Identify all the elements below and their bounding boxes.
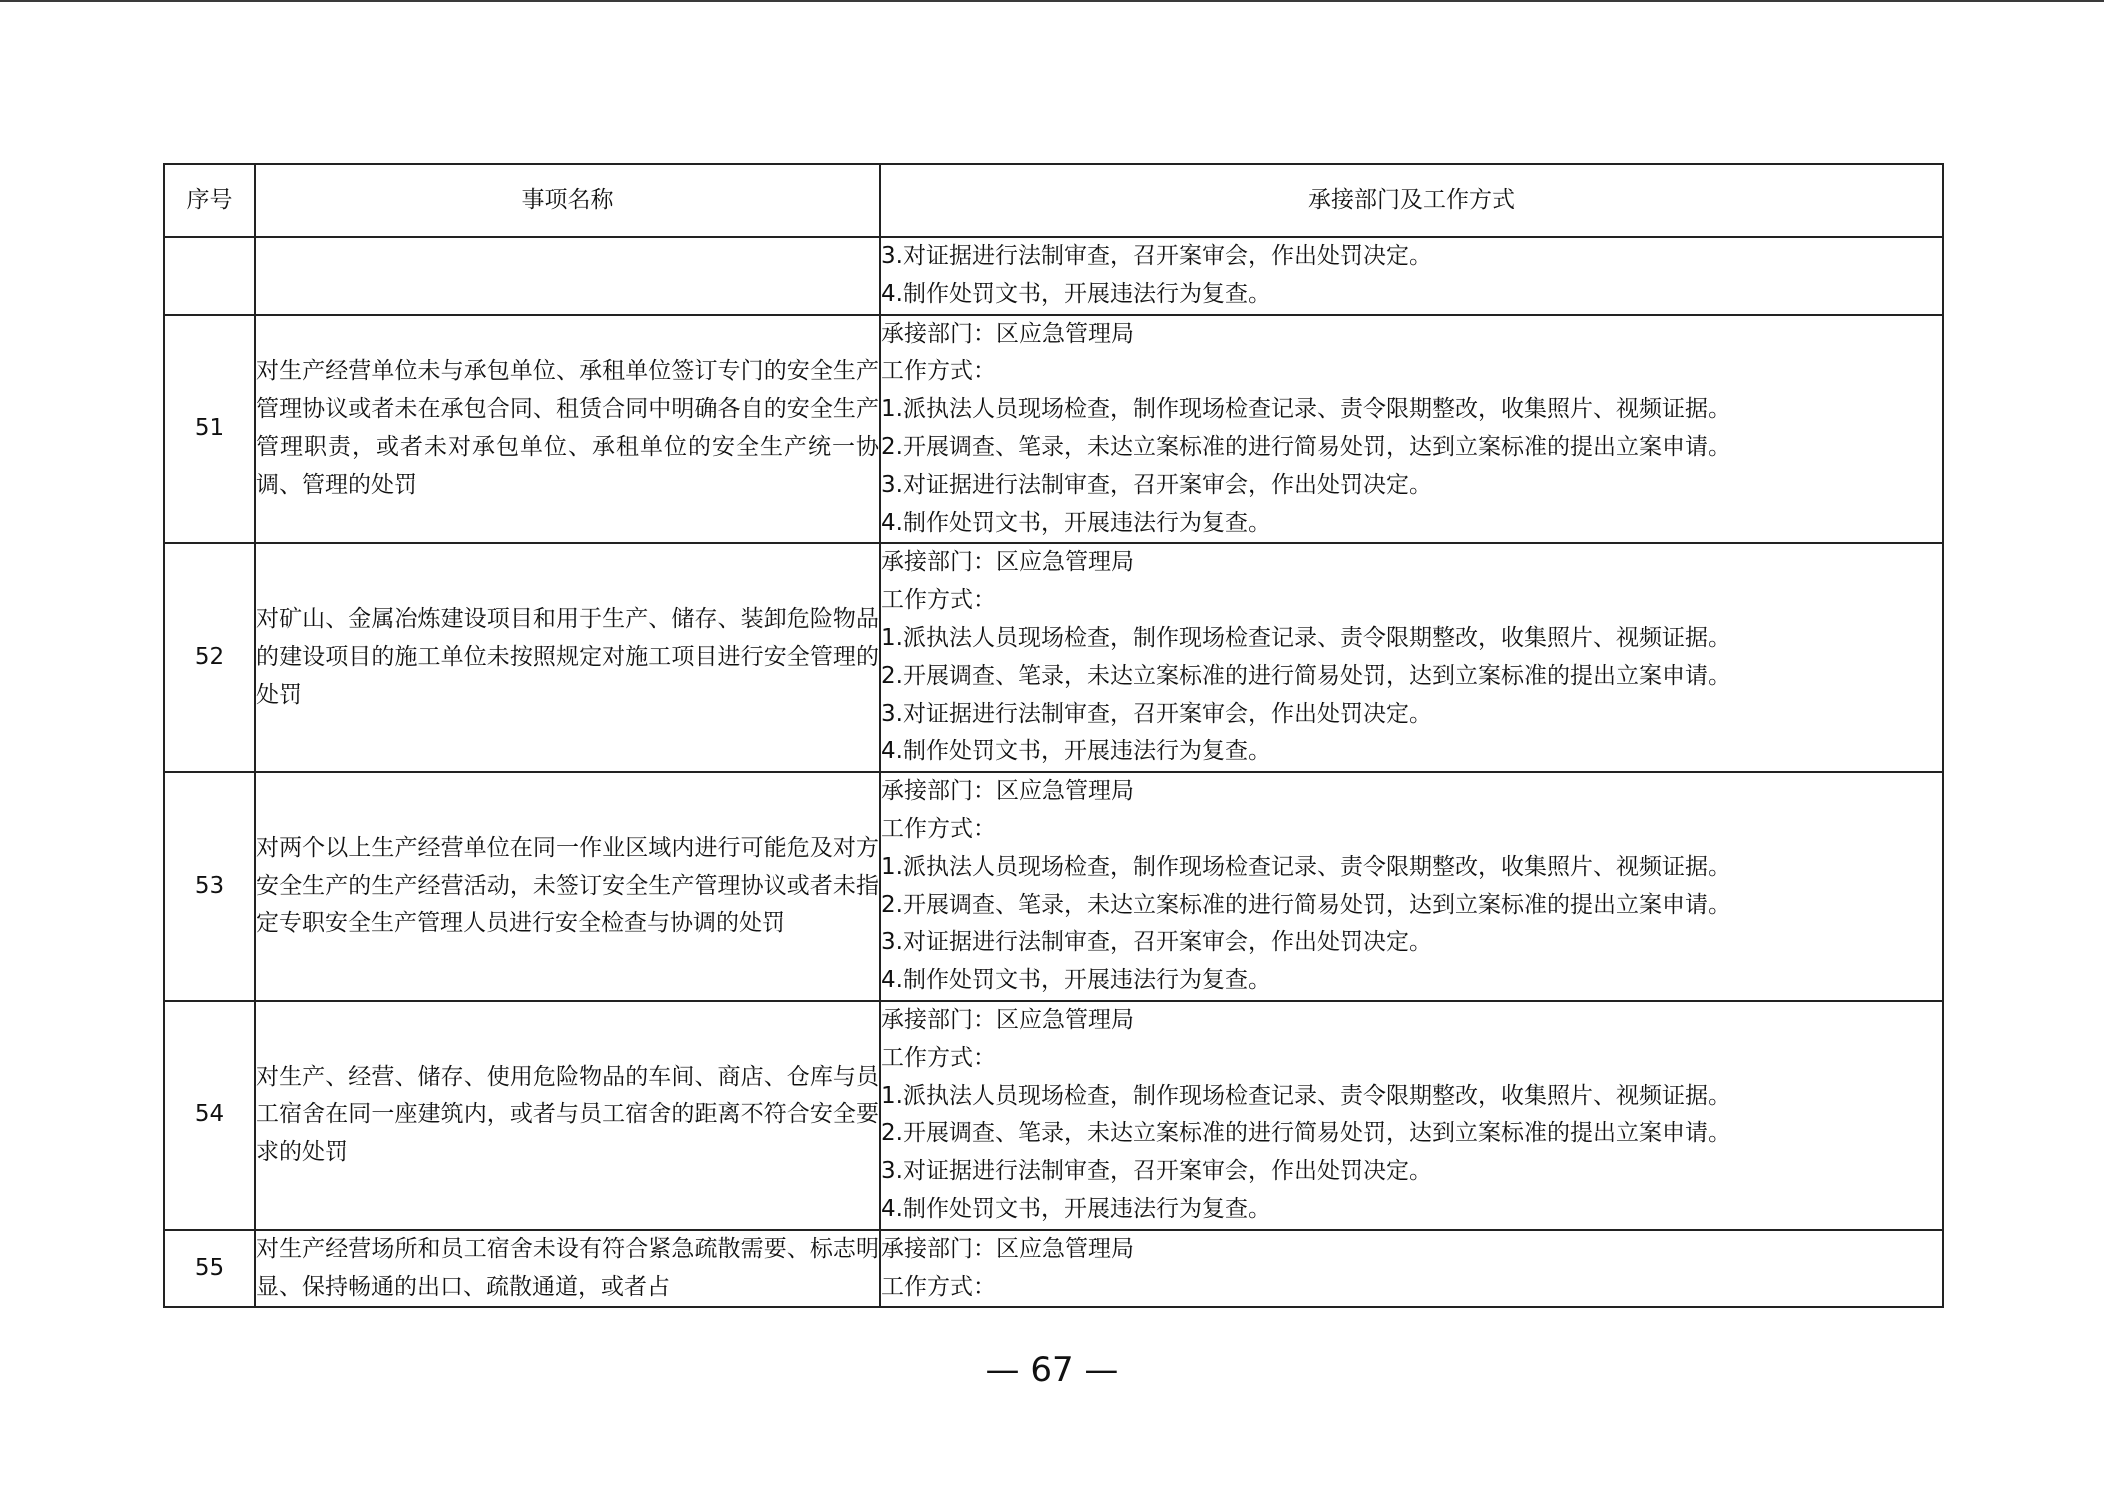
method-step-3: 3.对证据进行法制审查，召开案审会，作出处罚决定。: [881, 467, 1942, 505]
method-label: 工作方式：: [881, 811, 1942, 849]
method-line: 3.对证据进行法制审查，召开案审会，作出处罚决定。: [881, 238, 1942, 276]
method-step-1: 1.派执法人员现场检查，制作现场检查记录、责令限期整改，收集照片、视频证据。: [881, 391, 1942, 429]
page-number: — 67 —: [0, 1350, 2104, 1390]
table-header-row: 序号 事项名称 承接部门及工作方式: [164, 164, 1943, 237]
work-method: 承接部门：区应急管理局 工作方式：: [880, 1230, 1943, 1308]
method-step-1: 1.派执法人员现场检查，制作现场检查记录、责令限期整改，收集照片、视频证据。: [881, 849, 1942, 887]
table-row: 53 对两个以上生产经营单位在同一作业区域内进行可能危及对方安全生产的生产经营活…: [164, 772, 1943, 1001]
department-line: 承接部门：区应急管理局: [881, 773, 1942, 811]
work-method: 承接部门：区应急管理局 工作方式： 1.派执法人员现场检查，制作现场检查记录、责…: [880, 315, 1943, 544]
work-method: 承接部门：区应急管理局 工作方式： 1.派执法人员现场检查，制作现场检查记录、责…: [880, 1001, 1943, 1230]
row-number: 52: [164, 543, 255, 772]
method-label: 工作方式：: [881, 1269, 1942, 1307]
matter-name: 对生产经营场所和员工宿舍未设有符合紧急疏散需要、标志明显、保持畅通的出口、疏散通…: [255, 1230, 880, 1308]
method-step-1: 1.派执法人员现场检查，制作现场检查记录、责令限期整改，收集照片、视频证据。: [881, 1078, 1942, 1116]
method-label: 工作方式：: [881, 582, 1942, 620]
table-row: 51 对生产经营单位未与承包单位、承租单位签订专门的安全生产管理协议或者未在承包…: [164, 315, 1943, 544]
method-step-2: 2.开展调查、笔录，未达立案标准的进行简易处罚，达到立案标准的提出立案申请。: [881, 1115, 1942, 1153]
method-step-3: 3.对证据进行法制审查，召开案审会，作出处罚决定。: [881, 924, 1942, 962]
matter-name: 对矿山、金属冶炼建设项目和用于生产、储存、装卸危险物品的建设项目的施工单位未按照…: [255, 543, 880, 772]
work-method: 承接部门：区应急管理局 工作方式： 1.派执法人员现场检查，制作现场检查记录、责…: [880, 543, 1943, 772]
method-step-2: 2.开展调查、笔录，未达立案标准的进行简易处罚，达到立案标准的提出立案申请。: [881, 429, 1942, 467]
method-label: 工作方式：: [881, 1040, 1942, 1078]
row-number: 51: [164, 315, 255, 544]
row-number: 54: [164, 1001, 255, 1230]
method-step-3: 3.对证据进行法制审查，召开案审会，作出处罚决定。: [881, 696, 1942, 734]
method-line: 4.制作处罚文书，开展违法行为复查。: [881, 276, 1942, 314]
method-step-2: 2.开展调查、笔录，未达立案标准的进行简易处罚，达到立案标准的提出立案申请。: [881, 658, 1942, 696]
matter-name: 对两个以上生产经营单位在同一作业区域内进行可能危及对方安全生产的生产经营活动，未…: [255, 772, 880, 1001]
row-number: [164, 237, 255, 315]
matters-table: 序号 事项名称 承接部门及工作方式 3.对证据进行法制审查，召开案审会，作出处罚…: [163, 163, 1944, 1308]
row-number: 53: [164, 772, 255, 1001]
table-row: 55 对生产经营场所和员工宿舍未设有符合紧急疏散需要、标志明显、保持畅通的出口、…: [164, 1230, 1943, 1308]
header-serial-number: 序号: [164, 164, 255, 237]
method-step-2: 2.开展调查、笔录，未达立案标准的进行简易处罚，达到立案标准的提出立案申请。: [881, 887, 1942, 925]
work-method: 承接部门：区应急管理局 工作方式： 1.派执法人员现场检查，制作现场检查记录、责…: [880, 772, 1943, 1001]
department-line: 承接部门：区应急管理局: [881, 1231, 1942, 1269]
department-line: 承接部门：区应急管理局: [881, 544, 1942, 582]
table-row: 52 对矿山、金属冶炼建设项目和用于生产、储存、装卸危险物品的建设项目的施工单位…: [164, 543, 1943, 772]
method-step-4: 4.制作处罚文书，开展违法行为复查。: [881, 962, 1942, 1000]
method-label: 工作方式：: [881, 353, 1942, 391]
method-step-3: 3.对证据进行法制审查，召开案审会，作出处罚决定。: [881, 1153, 1942, 1191]
table-row: 54 对生产、经营、储存、使用危险物品的车间、商店、仓库与员工宿舍在同一座建筑内…: [164, 1001, 1943, 1230]
matter-name: [255, 237, 880, 315]
header-matter-name: 事项名称: [255, 164, 880, 237]
matter-name: 对生产、经营、储存、使用危险物品的车间、商店、仓库与员工宿舍在同一座建筑内，或者…: [255, 1001, 880, 1230]
method-step-1: 1.派执法人员现场检查，制作现场检查记录、责令限期整改，收集照片、视频证据。: [881, 620, 1942, 658]
department-line: 承接部门：区应急管理局: [881, 316, 1942, 354]
method-step-4: 4.制作处罚文书，开展违法行为复查。: [881, 505, 1942, 543]
method-step-4: 4.制作处罚文书，开展违法行为复查。: [881, 1191, 1942, 1229]
table-row: 3.对证据进行法制审查，召开案审会，作出处罚决定。 4.制作处罚文书，开展违法行…: [164, 237, 1943, 315]
matter-name: 对生产经营单位未与承包单位、承租单位签订专门的安全生产管理协议或者未在承包合同、…: [255, 315, 880, 544]
header-department-method: 承接部门及工作方式: [880, 164, 1943, 237]
row-number: 55: [164, 1230, 255, 1308]
page-top-border: [0, 0, 2104, 2]
method-step-4: 4.制作处罚文书，开展违法行为复查。: [881, 733, 1942, 771]
department-line: 承接部门：区应急管理局: [881, 1002, 1942, 1040]
work-method: 3.对证据进行法制审查，召开案审会，作出处罚决定。 4.制作处罚文书，开展违法行…: [880, 237, 1943, 315]
